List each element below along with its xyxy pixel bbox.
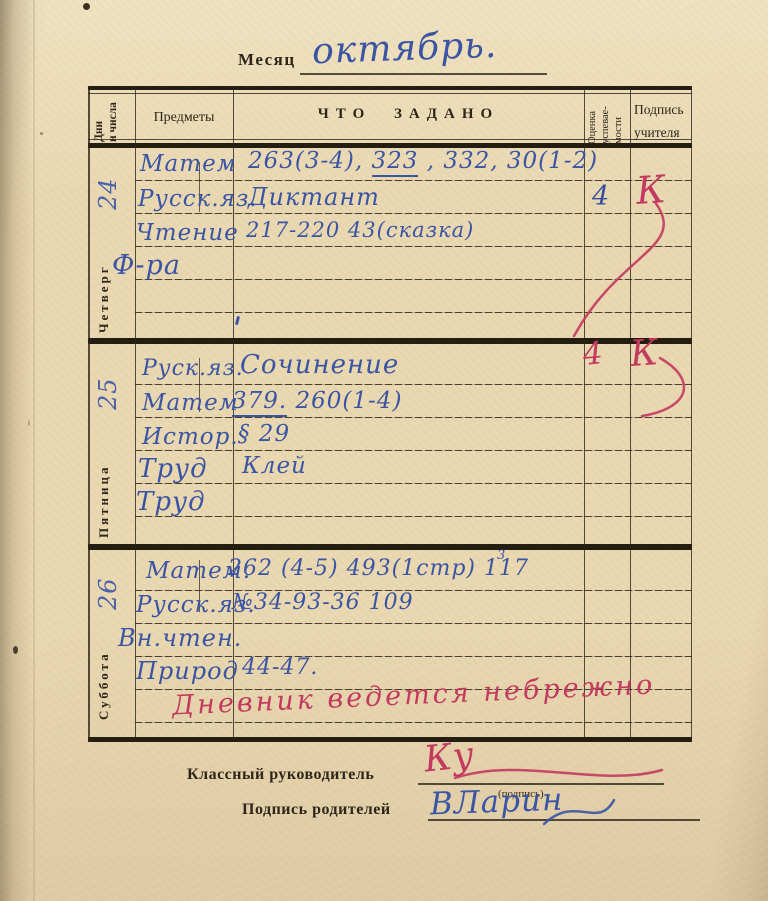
- ruled-line: [135, 722, 692, 723]
- ruled-line: [135, 450, 692, 451]
- day-name-friday: Пятница: [96, 420, 112, 538]
- task-superscript: 3: [497, 548, 506, 563]
- subject-cell: Матем: [142, 390, 239, 416]
- header-signature: Подпись учителя: [634, 98, 684, 144]
- page-left-edge: [0, 0, 34, 901]
- parents-signature-label: Подпись родителей: [242, 801, 391, 819]
- day-name-thursday: Четверг: [96, 203, 112, 333]
- class-teacher-label: Классный руководитель: [187, 766, 374, 784]
- subject-cell: Вн.чтен.: [118, 624, 242, 652]
- task-cell: 263(3-4), 323 , 332, 30(1-2): [248, 148, 598, 174]
- header-grade-line1: Оценка: [586, 90, 599, 144]
- subject-cell: Руск.яз.: [142, 356, 244, 381]
- header-grade-line3: мости: [612, 90, 625, 144]
- subject-cell: Чтение: [136, 220, 239, 246]
- task-cell: №34-93-36 109: [232, 590, 414, 615]
- header-days-line2: и числа: [106, 92, 120, 142]
- task-cell: § 29: [238, 421, 290, 447]
- parents-signature-flourish: [540, 786, 620, 836]
- header-grade-line2: успевае-: [599, 90, 612, 144]
- paper-speck: [40, 132, 43, 135]
- ruled-line: [135, 483, 692, 484]
- month-label: Месяц: [238, 50, 296, 70]
- task-cell: 217-220 43(сказка): [246, 218, 474, 242]
- task-text: 260(1-4): [287, 388, 402, 414]
- task-cell: 262 (4-5) 493(1стр) 117: [228, 556, 529, 581]
- paper-speck: [28, 420, 30, 426]
- header-signature-line1: Подпись: [634, 98, 684, 121]
- header-grade: Оценка успевае- мости: [586, 90, 625, 144]
- task-underlined: 323: [372, 148, 419, 177]
- date-saturday: 26: [94, 560, 122, 610]
- subject-cell: Ф-ра: [112, 250, 181, 281]
- table-left-border: [88, 86, 90, 742]
- task-cell: Клей: [242, 453, 307, 479]
- teacher-signature-flourish: [600, 336, 720, 426]
- diary-page: Месяц октябрь. Дни и: [0, 0, 768, 901]
- ink-speck: [83, 3, 90, 10]
- month-value-handwritten: октябрь.: [311, 25, 498, 72]
- month-underline: [300, 73, 547, 75]
- task-text: , 332, 30(1-2): [418, 148, 598, 174]
- day-separator: [88, 544, 692, 550]
- subject-cell: Истор.: [142, 424, 239, 450]
- task-underlined: 379.: [232, 388, 287, 417]
- subject-cell: Матем: [140, 151, 237, 177]
- header-tasks: ЧТО ЗАДАНО: [233, 106, 584, 123]
- header-days-line1: Дни: [92, 92, 106, 142]
- teacher-signature-flourish: [560, 180, 705, 345]
- subject-cell: Природ: [136, 657, 239, 685]
- subject-cell: Труд: [136, 487, 206, 517]
- page-left-crease: [33, 0, 35, 901]
- header-days: Дни и числа: [92, 92, 120, 142]
- day-name-saturday: Суббота: [96, 612, 112, 720]
- header-subjects: Предметы: [135, 110, 233, 126]
- ruled-line: [135, 516, 692, 517]
- date-friday: 25: [94, 358, 122, 410]
- task-cell: Сочинение: [240, 350, 399, 380]
- date-thursday: 24: [94, 160, 122, 210]
- subject-cell: Труд: [138, 454, 208, 484]
- subject-cell: Русск.яз.: [138, 186, 258, 212]
- task-cell: 379. 260(1-4): [232, 388, 402, 414]
- header-signature-line2: учителя: [634, 121, 684, 144]
- ink-speck: [13, 646, 18, 654]
- task-cell: 44-47.: [242, 655, 318, 680]
- task-cell: Диктант: [248, 183, 380, 211]
- task-text: 263(3-4),: [248, 148, 372, 174]
- table-bottom-border: [88, 737, 692, 742]
